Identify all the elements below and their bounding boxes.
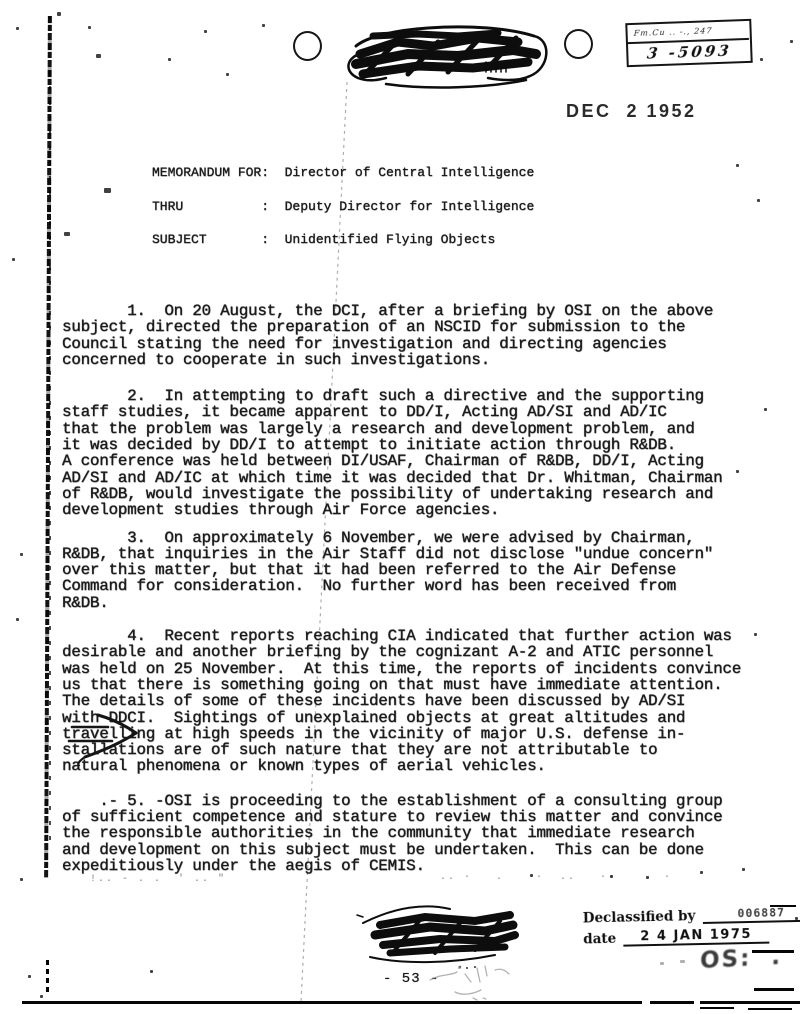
paragraph-4: 4. Recent reports reaching CIA indicated… [62, 628, 774, 775]
declassified-by-label: Declassified by [583, 908, 696, 926]
stray-dash [752, 950, 794, 953]
scanned-memo-page: Fm.Cu .. -., 247 3 -5093 DEC 2 1952 MEMO… [0, 0, 800, 1014]
colon: : [261, 232, 269, 247]
declassified-date-line: 2 4 JAN 1975 [623, 926, 769, 947]
memo-body: 1. On 20 August, the DCI, after a briefi… [62, 303, 774, 874]
paragraph-1: 1. On 20 August, the DCI, after a briefi… [62, 303, 774, 368]
declassified-by-value: 006887 [737, 905, 785, 920]
reference-box-number: 3 -5093 [627, 40, 752, 65]
subject-label: SUBJECT [152, 223, 261, 257]
stray-dash [754, 988, 794, 991]
declassified-stamp: Declassified by 006887 date 2 4 JAN 1975 [583, 904, 800, 951]
page-edge-line [22, 1001, 800, 1004]
date-received-stamp: DEC 2 1952 [566, 101, 697, 123]
paragraph-5: .- 5. -OSI is proceeding to the establis… [62, 793, 774, 874]
paragraph-3: 3. On approximately 6 November, we were … [62, 530, 774, 611]
binding-edge-marks-2 [49, 60, 51, 840]
reference-box: Fm.Cu .. -., 247 3 -5093 [625, 19, 752, 67]
margin-arrow-icon [64, 706, 148, 766]
colon: : [261, 165, 269, 180]
stray-dash [700, 1007, 734, 1009]
subject-row: SUBJECT:Unidentified Flying Objects [152, 223, 534, 257]
stray-dash [770, 905, 796, 907]
page-edge-gap [642, 1001, 650, 1004]
memo-header: MEMORANDUM FOR:Director of Central Intel… [152, 156, 534, 257]
pencil-marks-icon [425, 960, 520, 1002]
hole-punch-left-icon [293, 31, 322, 61]
memo-for-label: MEMORANDUM FOR [152, 156, 261, 190]
binding-edge-foot-mark [46, 960, 49, 994]
trailing-marks-right: .. · . · .. ·· · [440, 872, 672, 883]
colon: : [261, 199, 269, 214]
trailing-marks-left: !.. - . . ' .. ″ [90, 874, 226, 885]
memo-for-row: MEMORANDUM FOR:Director of Central Intel… [152, 156, 534, 190]
page-edge-gap [694, 1001, 700, 1004]
declassified-date-value: 2 4 JAN 1975 [640, 927, 752, 944]
stray-dash [748, 1008, 792, 1010]
hole-punch-right-icon [564, 29, 593, 59]
paragraph-2: 2. In attempting to draft such a directi… [62, 388, 774, 518]
corner-stamp: OS: . [700, 944, 782, 974]
memo-for-value: Director of Central Intelligence [269, 165, 534, 180]
subject-value: Unidentified Flying Objects [269, 232, 495, 247]
thru-label: THRU [152, 190, 261, 224]
declassified-date-label: date [583, 931, 616, 948]
thru-value: Deputy Director for Intelligence [269, 199, 534, 214]
redaction-scribble-top-icon [338, 6, 558, 94]
thru-row: THRU:Deputy Director for Intelligence [152, 190, 534, 224]
declassified-by-row: Declassified by 006887 [583, 904, 800, 927]
